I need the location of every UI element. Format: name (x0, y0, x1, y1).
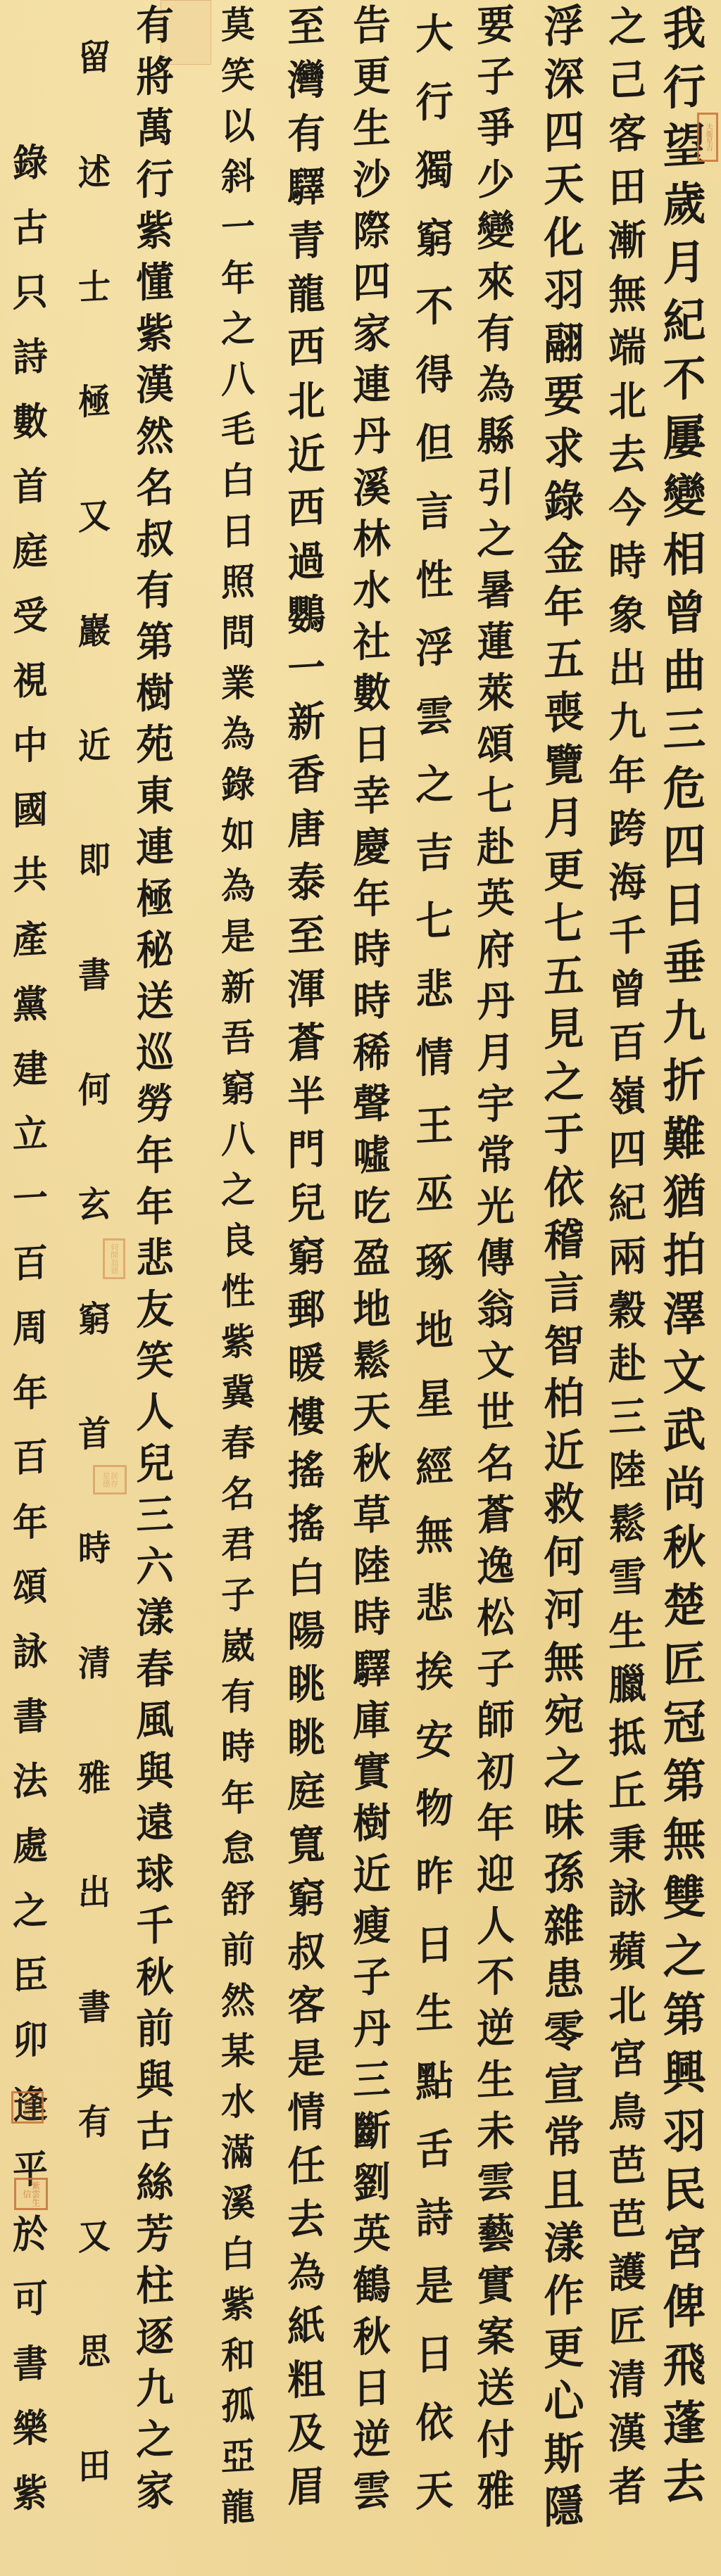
calligraphy-character: 斯 (544, 2426, 584, 2481)
calligraphy-character: 叔 (287, 1924, 325, 1979)
calligraphy-character: 雅 (477, 2464, 514, 2518)
calligraphy-character: 人 (477, 1899, 514, 1953)
calligraphy-character: 翁 (477, 1283, 514, 1336)
calligraphy-character: 紫 (136, 307, 173, 360)
calligraphy-character: 水 (353, 564, 390, 617)
calligraphy-character: 西 (287, 480, 325, 535)
calligraphy-character: 陸 (608, 1442, 646, 1498)
calligraphy-character: 留 (78, 0, 111, 115)
calligraphy-character: 溪 (353, 461, 390, 514)
calligraphy-character: 某 (221, 2026, 255, 2079)
calligraphy-character: 時 (353, 923, 390, 977)
calligraphy-character: 之 (415, 749, 453, 820)
calligraphy-character: 冀 (221, 1367, 255, 1420)
calligraphy-character: 鳥 (608, 2084, 646, 2140)
calligraphy-character: 己 (608, 52, 646, 108)
calligraphy-character: 行 (136, 153, 173, 206)
calligraphy-character: 寬 (287, 1817, 325, 1872)
calligraphy-character: 笑 (136, 1334, 173, 1388)
calligraphy-character: 聲 (353, 1077, 390, 1131)
calligraphy-character: 今 (608, 480, 646, 535)
calligraphy-character: 時 (78, 1490, 111, 1607)
calligraphy-character: 護 (608, 2245, 646, 2300)
calligraphy-character: 端 (608, 319, 646, 375)
calligraphy-character: 宇 (477, 1077, 514, 1131)
calligraphy-character: 雅 (78, 1720, 111, 1836)
calligraphy-character: 物 (415, 1773, 453, 1844)
calligraphy-character: 天 (415, 2456, 453, 2526)
calligraphy-character: 黨 (13, 971, 48, 1038)
calligraphy-character: 更 (544, 843, 584, 898)
calligraphy-character: 斷 (353, 2105, 390, 2158)
calligraphy-character: 際 (353, 204, 390, 258)
calligraphy-character: 名 (221, 1468, 255, 1521)
calligraphy-character: 紫 (221, 1316, 255, 1369)
calligraphy-character: 經 (415, 1432, 453, 1502)
calligraphy-character: 庭 (13, 518, 48, 585)
calligraphy-character: 客 (608, 106, 646, 161)
calligraphy-character: 有 (477, 307, 514, 360)
calligraphy-character: 不 (477, 1950, 514, 2004)
calligraphy-character: 松 (477, 1591, 514, 1644)
calligraphy-character: 千 (608, 908, 646, 963)
calligraphy-character: 之 (663, 1926, 706, 1986)
calligraphy-character: 民 (663, 2159, 706, 2220)
calligraphy-character: 陸 (353, 1540, 390, 1593)
calligraphy-character: 雲 (353, 2464, 390, 2518)
calligraphy-character: 清 (78, 1605, 111, 1722)
calligraphy-character: 柏 (544, 1371, 584, 1426)
calligraphy-character: 得 (415, 340, 453, 410)
calligraphy-character: 立 (13, 1100, 48, 1167)
calligraphy-character: 驛 (353, 1642, 390, 1696)
calligraphy-character: 時 (608, 533, 646, 589)
calligraphy-character: 點 (415, 2046, 453, 2117)
calligraphy-character: 但 (415, 408, 453, 478)
calligraphy-character: 處 (13, 1813, 48, 1879)
calligraphy-character: 七 (415, 886, 453, 956)
calligraphy-character: 即 (78, 802, 111, 919)
calligraphy-character: 文 (477, 1334, 514, 1388)
calligraphy-character: 安 (415, 1705, 453, 1775)
calligraphy-character: 新 (221, 962, 255, 1015)
calligraphy-character: 泰 (287, 854, 325, 910)
calligraphy-character: 如 (221, 810, 255, 863)
calligraphy-character: 有 (221, 1671, 255, 1724)
calligraphy-character: 行 (663, 57, 706, 118)
calligraphy-character: 滿 (221, 2127, 255, 2180)
calligraphy-character: 郵 (287, 1282, 325, 1338)
calligraphy-character: 赴 (608, 1335, 646, 1391)
calligraphy-character: 書 (78, 1949, 111, 2066)
calligraphy-character: 年 (221, 253, 255, 305)
calligraphy-character: 漾 (136, 1591, 173, 1644)
calligraphy-character: 象 (608, 587, 646, 642)
calligraphy-character: 君 (221, 1519, 255, 1572)
seal-top-right: 夫龍星吉 (697, 113, 718, 162)
calligraphy-character: 極 (136, 872, 173, 925)
calligraphy-character: 之 (221, 1165, 255, 1217)
calligraphy-character: 漾 (544, 2215, 584, 2270)
calligraphy-character: 幸 (353, 769, 390, 823)
calligraphy-character: 連 (353, 358, 390, 412)
calligraphy-character: 赴 (477, 820, 514, 874)
calligraphy-character: 月 (663, 232, 706, 293)
calligraphy-character: 抵 (608, 1710, 646, 1765)
calligraphy-character: 宣 (544, 2057, 584, 2112)
calligraphy-character: 社 (353, 615, 390, 668)
calligraphy-character: 臣 (13, 1942, 48, 2009)
calligraphy-character: 龍 (287, 266, 325, 322)
calligraphy-character: 眺 (287, 1656, 325, 1712)
calligraphy-character: 宮 (608, 2031, 646, 2086)
calligraphy-character: 中 (13, 712, 48, 779)
calligraphy-character: 紫 (13, 2460, 48, 2527)
calligraphy-character: 名 (136, 461, 173, 514)
calligraphy-character: 英 (477, 872, 514, 925)
calligraphy-character: 國 (13, 777, 48, 844)
calligraphy-character: 林 (353, 512, 390, 566)
calligraphy-character: 日 (663, 875, 706, 935)
calligraphy-character: 至 (287, 908, 325, 963)
calligraphy-character: 逸 (477, 1540, 514, 1593)
calligraphy-character: 言 (544, 1265, 584, 1320)
calligraphy-column-3: 浮深四天化羽翮要求錄金年五喪覽月更七五見之于依稽言智柏近救何河無宛之味孫雜患零宣… (535, 0, 593, 2533)
calligraphy-character: 送 (477, 2361, 514, 2415)
calligraphy-character: 蓬 (663, 2393, 706, 2454)
calligraphy-character: 且 (544, 2162, 584, 2217)
calligraphy-character: 四 (353, 255, 390, 309)
calligraphy-character: 三 (136, 1488, 173, 1542)
calligraphy-character: 獨 (415, 135, 453, 205)
calligraphy-character: 春 (136, 1642, 173, 1696)
calligraphy-character: 秋 (663, 1517, 706, 1578)
calligraphy-character: 於 (13, 2201, 48, 2268)
calligraphy-character: 爭 (477, 101, 514, 155)
calligraphy-character: 任 (287, 2138, 325, 2193)
calligraphy-character: 人 (136, 1385, 173, 1439)
calligraphy-character: 與 (136, 1745, 173, 1798)
calligraphy-character: 又 (78, 458, 111, 575)
calligraphy-character: 時 (353, 1591, 390, 1644)
calligraphy-character: 近 (287, 426, 325, 482)
calligraphy-character: 孫 (544, 1846, 584, 1901)
calligraphy-character: 丹 (353, 2002, 390, 2055)
calligraphy-character: 白 (221, 2228, 255, 2281)
calligraphy-character: 見 (544, 1001, 584, 1056)
calligraphy-character: 之 (136, 2413, 173, 2466)
calligraphy-character: 秘 (136, 923, 173, 977)
calligraphy-character: 尚 (663, 1459, 706, 1519)
calligraphy-character: 味 (544, 1793, 584, 1848)
calligraphy-character: 將 (136, 50, 173, 103)
calligraphy-character: 東 (136, 769, 173, 823)
calligraphy-character: 窮 (287, 1870, 325, 1926)
calligraphy-character: 性 (221, 1266, 255, 1319)
calligraphy-character: 天 (353, 1385, 390, 1439)
calligraphy-character: 前 (221, 1924, 255, 1977)
calligraphy-character: 付 (477, 2413, 514, 2466)
calligraphy-character: 雲 (477, 2156, 514, 2209)
calligraphy-character: 之 (608, 0, 646, 55)
calligraphy-character: 吉 (415, 818, 453, 888)
calligraphy-character: 浮 (544, 0, 584, 54)
calligraphy-character: 共 (13, 842, 48, 908)
calligraphy-character: 曲 (663, 641, 706, 702)
calligraphy-character: 錄 (221, 759, 255, 812)
calligraphy-character: 生 (353, 101, 390, 155)
calligraphy-character: 為 (287, 2245, 325, 2300)
calligraphy-character: 臘 (608, 1656, 646, 1712)
calligraphy-character: 悲 (415, 1568, 453, 1639)
calligraphy-character: 何 (78, 1032, 111, 1148)
calligraphy-character: 田 (78, 2408, 111, 2525)
calligraphy-character: 一 (13, 1165, 48, 1232)
calligraphy-character: 紫 (221, 2279, 255, 2332)
calligraphy-character: 五 (544, 632, 584, 687)
calligraphy-character: 建 (13, 1036, 48, 1103)
seal-mid-left-1: 何開翁德 (103, 1238, 125, 1279)
calligraphy-character: 清 (608, 2352, 646, 2407)
calligraphy-character: 去 (663, 2451, 706, 2512)
calligraphy-character: 五 (544, 948, 584, 1003)
calligraphy-character: 常 (477, 1129, 514, 1182)
calligraphy-character: 古 (136, 2105, 173, 2158)
calligraphy-character: 良 (221, 1215, 255, 1268)
calligraphy-character: 飛 (663, 2335, 706, 2395)
calligraphy-character: 年 (221, 1772, 255, 1825)
calligraphy-character: 年 (353, 872, 390, 925)
calligraphy-character: 錄 (13, 129, 48, 196)
calligraphy-character: 極 (78, 343, 111, 460)
calligraphy-column-8: 莫笑以斜一年之八毛白日照問業為錄如為是新吾窮八之良性紫冀春名君子崴有時年怠舒前然… (210, 0, 266, 2533)
calligraphy-character: 雲 (415, 681, 453, 751)
calligraphy-character: 芳 (136, 2207, 173, 2261)
calligraphy-character: 情 (287, 2084, 325, 2140)
calligraphy-character: 稽 (544, 1212, 584, 1267)
calligraphy-character: 西 (287, 319, 325, 375)
calligraphy-character: 家 (136, 2464, 173, 2518)
calligraphy-character: 相 (663, 524, 706, 585)
calligraphy-character: 斜 (221, 151, 255, 204)
calligraphy-character: 庫 (353, 1694, 390, 1747)
calligraphy-character: 常 (544, 2109, 584, 2164)
calligraphy-character: 蒼 (287, 1015, 325, 1070)
calligraphy-character: 和 (221, 2330, 255, 2383)
calligraphy-character: 拍 (663, 1225, 706, 1286)
calligraphy-character: 武 (663, 1400, 706, 1461)
calligraphy-character: 柱 (136, 2259, 173, 2312)
calligraphy-character: 傳 (477, 1231, 514, 1285)
calligraphy-character: 之 (13, 1877, 48, 1944)
calligraphy-character: 是 (287, 2031, 325, 2086)
calligraphy-character: 三 (353, 2053, 390, 2107)
calligraphy-character: 思 (78, 2293, 111, 2410)
calligraphy-character: 業 (221, 658, 255, 711)
calligraphy-character: 頌 (477, 718, 514, 771)
calligraphy-character: 噓 (353, 1129, 390, 1182)
calligraphy-character: 出 (78, 1834, 111, 1951)
calligraphy-character: 慶 (353, 820, 390, 874)
calligraphy-character: 子 (353, 1950, 390, 2004)
calligraphy-character: 言 (415, 476, 453, 547)
calligraphy-character: 少 (477, 153, 514, 206)
calligraphy-character: 實 (353, 1745, 390, 1798)
calligraphy-character: 八 (221, 354, 255, 407)
calligraphy-character: 患 (544, 1951, 584, 2006)
calligraphy-character: 時 (353, 975, 390, 1028)
calligraphy-character: 月 (544, 790, 584, 845)
calligraphy-character: 亞 (221, 2431, 255, 2484)
calligraphy-character: 紫 (136, 204, 173, 258)
calligraphy-character: 頌 (13, 1554, 48, 1620)
calligraphy-character: 視 (13, 647, 48, 714)
calligraphy-character: 雜 (544, 1898, 584, 1953)
calligraphy-character: 未 (477, 2105, 514, 2158)
calligraphy-character: 挨 (415, 1637, 453, 1707)
calligraphy-character: 去 (287, 2191, 325, 2247)
calligraphy-character: 受 (13, 583, 48, 649)
calligraphy-character: 家 (353, 307, 390, 360)
calligraphy-character: 雙 (663, 1867, 706, 1928)
calligraphy-character: 巡 (136, 1026, 173, 1079)
calligraphy-character: 瘦 (353, 1899, 390, 1953)
calligraphy-character: 紙 (287, 2298, 325, 2354)
calligraphy-character: 藝 (477, 2207, 514, 2261)
calligraphy-character: 有 (136, 0, 173, 53)
calligraphy-character: 蒼 (477, 1488, 514, 1542)
calligraphy-column-1: 我行望歲月紀不屢變相曾曲三危四日垂九折難猶拍澤文武尚秋楚匠冠第無雙之第興羽民宮俾… (656, 0, 713, 2511)
calligraphy-character: 兒 (136, 1437, 173, 1490)
calligraphy-character: 冠 (663, 1692, 706, 1753)
calligraphy-character: 書 (13, 1683, 48, 1750)
calligraphy-character: 鸚 (287, 587, 325, 642)
calligraphy-character: 何 (544, 1529, 584, 1584)
calligraphy-column-9: 有將萬行紫懂紫漢然名叔有第樹苑東連極秘送巡勞年年悲友笑人兒三六漾春風與遠球千秋前… (127, 0, 183, 2517)
calligraphy-character: 新 (287, 694, 325, 749)
calligraphy-character: 風 (136, 1694, 173, 1747)
calligraphy-character: 暑 (477, 564, 514, 617)
calligraphy-character: 日 (415, 1910, 453, 1980)
calligraphy-character: 周 (13, 1295, 48, 1362)
calligraphy-character: 逐 (136, 2310, 173, 2364)
calligraphy-character: 性 (415, 545, 453, 615)
calligraphy-character: 無 (415, 1500, 453, 1571)
calligraphy-character: 零 (544, 2004, 584, 2059)
calligraphy-character: 依 (415, 2387, 453, 2458)
calligraphy-character: 第 (136, 615, 173, 668)
calligraphy-character: 要 (477, 0, 514, 53)
calligraphy-character: 漢 (136, 358, 173, 412)
calligraphy-character: 星 (415, 1364, 453, 1434)
calligraphy-character: 不 (415, 272, 453, 342)
calligraphy-character: 百 (608, 1015, 646, 1070)
calligraphy-character: 北 (608, 373, 646, 429)
calligraphy-character: 搖 (287, 1496, 325, 1552)
calligraphy-character: 覽 (544, 737, 584, 792)
calligraphy-character: 之 (221, 303, 255, 356)
calligraphy-character: 四 (544, 104, 584, 159)
seal-mid-left-2: 居存星德 (93, 1465, 127, 1495)
calligraphy-character: 無 (608, 266, 646, 322)
calligraphy-character: 萊 (477, 666, 514, 720)
calligraphy-column-2: 之己客田漸無端北去今時象出九年跨海千曾百嶺四紀兩穀赴三陸鬆雪生臘抵丘秉詠蘋北宮鳥… (600, 0, 655, 2513)
calligraphy-character: 更 (544, 2321, 584, 2375)
calligraphy-character: 法 (13, 1748, 48, 1815)
calligraphy-character: 秋 (136, 1950, 173, 2004)
calligraphy-character: 有 (78, 2064, 111, 2181)
calligraphy-character: 作 (544, 2268, 584, 2323)
calligraphy-character: 日 (221, 506, 255, 559)
calligraphy-character: 天 (544, 157, 584, 212)
calligraphy-character: 浮 (415, 613, 453, 683)
calligraphy-character: 世 (477, 1385, 514, 1439)
calligraphy-character: 羽 (544, 262, 584, 317)
calligraphy-character: 年 (477, 1796, 514, 1850)
calligraphy-character: 樓 (287, 1389, 325, 1445)
calligraphy-character: 我 (663, 0, 706, 60)
calligraphy-character: 師 (477, 1694, 514, 1747)
calligraphy-character: 兩 (608, 1229, 646, 1284)
calligraphy-character: 產 (13, 906, 48, 973)
calligraphy-character: 古 (13, 194, 48, 261)
calligraphy-character: 可 (13, 2266, 48, 2333)
calligraphy-character: 笑 (221, 50, 255, 103)
calligraphy-character: 子 (477, 1642, 514, 1696)
calligraphy-character: 一 (287, 640, 325, 696)
calligraphy-character: 春 (221, 1418, 255, 1471)
calligraphy-character: 心 (544, 2373, 584, 2428)
calligraphy-character: 金 (544, 526, 584, 581)
calligraphy-character: 悲 (415, 954, 453, 1024)
calligraphy-character: 沙 (353, 153, 390, 206)
calligraphy-character: 宮 (663, 2218, 706, 2278)
calligraphy-character: 生 (415, 1978, 453, 2048)
calligraphy-character: 匠 (663, 1634, 706, 1694)
calligraphy-character: 第 (663, 1751, 706, 1811)
calligraphy-character: 生 (608, 1603, 646, 1658)
calligraphy-character: 與 (136, 2053, 173, 2107)
calligraphy-character: 于 (544, 1107, 584, 1162)
calligraphy-character: 情 (415, 1022, 453, 1093)
calligraphy-character: 之 (544, 1054, 584, 1109)
calligraphy-character: 四 (608, 1122, 646, 1177)
calligraphy-character: 稀 (353, 1026, 390, 1079)
calligraphy-character: 搖 (287, 1442, 325, 1498)
calligraphy-character: 苑 (136, 718, 173, 771)
calligraphy-character: 三 (663, 699, 706, 760)
calligraphy-character: 窮 (221, 1063, 255, 1116)
calligraphy-character: 興 (663, 2043, 706, 2103)
calligraphy-character: 毛 (221, 405, 255, 457)
calligraphy-character: 地 (353, 1283, 390, 1336)
calligraphy-character: 者 (608, 2458, 646, 2514)
calligraphy-character: 鬆 (353, 1334, 390, 1388)
calligraphy-character: 兒 (287, 1175, 325, 1231)
calligraphy-character: 盈 (353, 1231, 390, 1285)
calligraphy-character: 粗 (287, 2352, 325, 2407)
calligraphy-character: 六 (136, 1540, 173, 1593)
calligraphy-character: 及 (287, 2405, 325, 2461)
calligraphy-character: 猶 (663, 1167, 706, 1227)
calligraphy-character: 丘 (608, 1763, 646, 1819)
calligraphy-character: 垂 (663, 933, 706, 994)
calligraphy-column-5: 大行獨窮不得但言性浮雲之吉七悲情王巫琢地星經無悲挨安物昨日生點舌詩是日依天 (407, 0, 462, 2525)
calligraphy-character: 樹 (353, 1796, 390, 1850)
calligraphy-character: 士 (78, 229, 111, 345)
calligraphy-character: 詠 (608, 1870, 646, 1926)
calligraphy-character: 年 (544, 579, 584, 634)
